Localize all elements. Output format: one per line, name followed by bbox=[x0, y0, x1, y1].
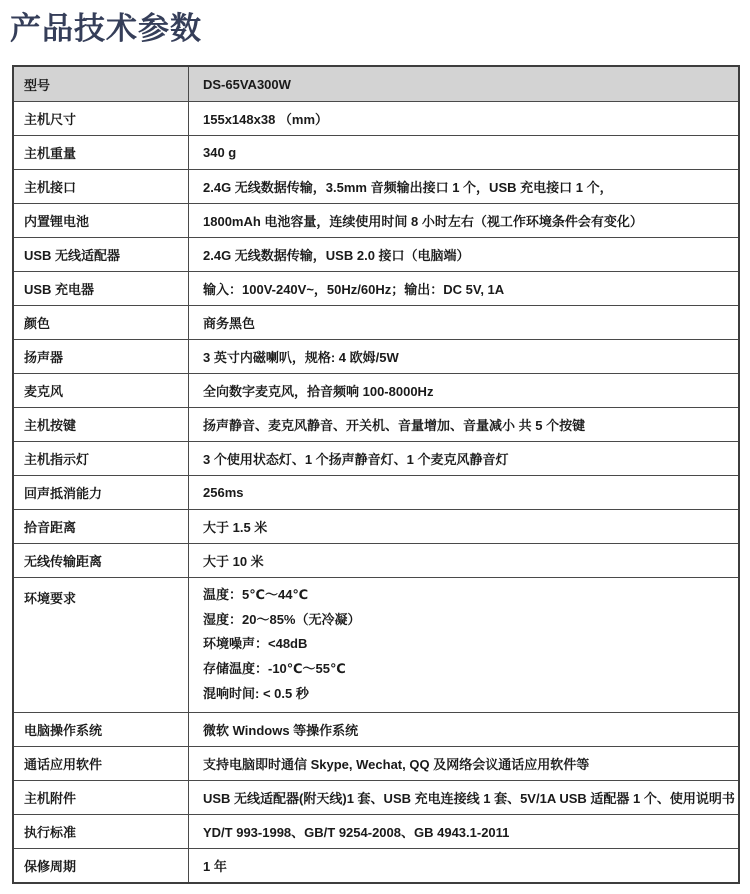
table-row: 麦克风 全向数字麦克风，拾音频响 100-8000Hz bbox=[13, 374, 739, 408]
table-row: 主机接口 2.4G 无线数据传输，3.5mm 音频输出接口 1 个，USB 充电… bbox=[13, 170, 739, 204]
spec-value: 支持电脑即时通信 Skype, Wechat, QQ 及网络会议通话应用软件等 bbox=[189, 747, 740, 781]
spec-label: USB 无线适配器 bbox=[13, 238, 189, 272]
spec-label: USB 充电器 bbox=[13, 272, 189, 306]
spec-value: 3 个使用状态灯、1 个扬声静音灯、1 个麦克风静音灯 bbox=[189, 442, 740, 476]
spec-value: 256ms bbox=[189, 476, 740, 510]
table-row: 型号 DS-65VA300W bbox=[13, 66, 739, 102]
table-row: 主机附件 USB 无线适配器(附天线)1 套、USB 充电连接线 1 套、5V/… bbox=[13, 781, 739, 815]
spec-label: 电脑操作系统 bbox=[13, 713, 189, 747]
spec-value-line: 环境噪声：<48dB bbox=[203, 632, 730, 657]
table-row: 主机指示灯 3 个使用状态灯、1 个扬声静音灯、1 个麦克风静音灯 bbox=[13, 442, 739, 476]
spec-label: 执行标准 bbox=[13, 815, 189, 849]
table-row: 拾音距离 大于 1.5 米 bbox=[13, 510, 739, 544]
spec-value: USB 无线适配器(附天线)1 套、USB 充电连接线 1 套、5V/1A US… bbox=[189, 781, 740, 815]
spec-value: DS-65VA300W bbox=[189, 66, 740, 102]
spec-label: 无线传输距离 bbox=[13, 544, 189, 578]
table-row: 通话应用软件 支持电脑即时通信 Skype, Wechat, QQ 及网络会议通… bbox=[13, 747, 739, 781]
spec-value: 1 年 bbox=[189, 849, 740, 883]
spec-label: 颜色 bbox=[13, 306, 189, 340]
spec-value: 1800mAh 电池容量，连续使用时间 8 小时左右（视工作环境条件会有变化） bbox=[189, 204, 740, 238]
spec-label: 型号 bbox=[13, 66, 189, 102]
table-row: 执行标准 YD/T 993-1998、GB/T 9254-2008、GB 494… bbox=[13, 815, 739, 849]
page-title: 产品技术参数 bbox=[0, 0, 750, 49]
spec-value: 大于 1.5 米 bbox=[189, 510, 740, 544]
spec-label: 内置锂电池 bbox=[13, 204, 189, 238]
spec-label: 主机附件 bbox=[13, 781, 189, 815]
spec-table-body: 型号 DS-65VA300W 主机尺寸 155x148x38 （mm） 主机重量… bbox=[13, 66, 739, 883]
spec-value: 微软 Windows 等操作系统 bbox=[189, 713, 740, 747]
spec-value-line: 温度：5℃～44℃ bbox=[203, 583, 730, 608]
spec-label: 保修周期 bbox=[13, 849, 189, 883]
table-row: 主机尺寸 155x148x38 （mm） bbox=[13, 102, 739, 136]
spec-value: 大于 10 米 bbox=[189, 544, 740, 578]
table-row: 主机按键 扬声静音、麦克风静音、开关机、音量增加、音量减小 共 5 个按键 bbox=[13, 408, 739, 442]
spec-value: YD/T 993-1998、GB/T 9254-2008、GB 4943.1-2… bbox=[189, 815, 740, 849]
spec-label: 环境要求 bbox=[13, 578, 189, 713]
spec-value: 输入：100V-240V~，50Hz/60Hz；输出：DC 5V, 1A bbox=[189, 272, 740, 306]
table-row: 保修周期 1 年 bbox=[13, 849, 739, 883]
spec-value-line: 混响时间: < 0.5 秒 bbox=[203, 682, 730, 707]
table-row: 回声抵消能力 256ms bbox=[13, 476, 739, 510]
table-row: 电脑操作系统 微软 Windows 等操作系统 bbox=[13, 713, 739, 747]
spec-value-line: 湿度：20～85%（无冷凝） bbox=[203, 608, 730, 633]
product-spec-page: 产品技术参数 型号 DS-65VA300W 主机尺寸 155x148x38 （m… bbox=[0, 0, 750, 894]
spec-label: 主机指示灯 bbox=[13, 442, 189, 476]
spec-value: 温度：5℃～44℃湿度：20～85%（无冷凝）环境噪声：<48dB存储温度：-1… bbox=[189, 578, 740, 713]
spec-label: 回声抵消能力 bbox=[13, 476, 189, 510]
spec-value: 155x148x38 （mm） bbox=[189, 102, 740, 136]
table-row: 颜色 商务黑色 bbox=[13, 306, 739, 340]
table-row: USB 充电器 输入：100V-240V~，50Hz/60Hz；输出：DC 5V… bbox=[13, 272, 739, 306]
spec-label: 麦克风 bbox=[13, 374, 189, 408]
table-row: 环境要求 温度：5℃～44℃湿度：20～85%（无冷凝）环境噪声：<48dB存储… bbox=[13, 578, 739, 713]
spec-value: 扬声静音、麦克风静音、开关机、音量增加、音量减小 共 5 个按键 bbox=[189, 408, 740, 442]
spec-value: 全向数字麦克风，拾音频响 100-8000Hz bbox=[189, 374, 740, 408]
spec-value: 340 g bbox=[189, 136, 740, 170]
spec-label: 主机尺寸 bbox=[13, 102, 189, 136]
spec-label: 拾音距离 bbox=[13, 510, 189, 544]
table-row: USB 无线适配器 2.4G 无线数据传输，USB 2.0 接口（电脑端） bbox=[13, 238, 739, 272]
spec-table: 型号 DS-65VA300W 主机尺寸 155x148x38 （mm） 主机重量… bbox=[12, 65, 740, 884]
table-row: 无线传输距离 大于 10 米 bbox=[13, 544, 739, 578]
spec-value: 3 英寸内磁喇叭，规格: 4 欧姆/5W bbox=[189, 340, 740, 374]
spec-value: 2.4G 无线数据传输，USB 2.0 接口（电脑端） bbox=[189, 238, 740, 272]
spec-label: 主机按键 bbox=[13, 408, 189, 442]
spec-label: 主机重量 bbox=[13, 136, 189, 170]
table-row: 扬声器 3 英寸内磁喇叭，规格: 4 欧姆/5W bbox=[13, 340, 739, 374]
spec-label: 扬声器 bbox=[13, 340, 189, 374]
table-row: 主机重量 340 g bbox=[13, 136, 739, 170]
spec-label: 通话应用软件 bbox=[13, 747, 189, 781]
spec-label: 主机接口 bbox=[13, 170, 189, 204]
spec-value: 2.4G 无线数据传输，3.5mm 音频输出接口 1 个，USB 充电接口 1 … bbox=[189, 170, 740, 204]
spec-value: 商务黑色 bbox=[189, 306, 740, 340]
table-row: 内置锂电池 1800mAh 电池容量，连续使用时间 8 小时左右（视工作环境条件… bbox=[13, 204, 739, 238]
spec-value-line: 存储温度：-10℃～55℃ bbox=[203, 657, 730, 682]
